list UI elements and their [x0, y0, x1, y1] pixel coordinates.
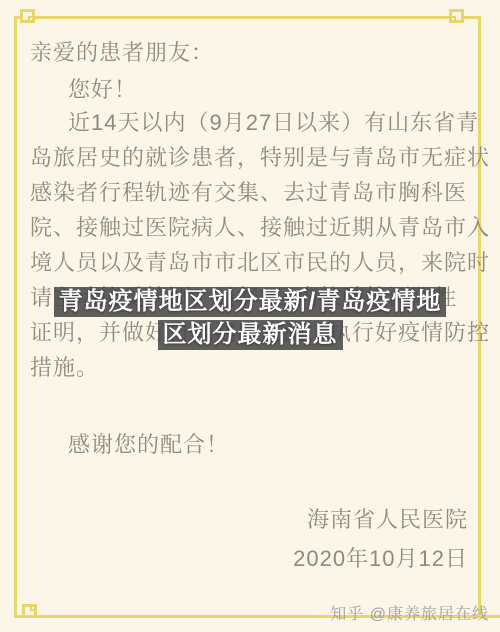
body-line: 感染者行程轨迹有交集、去过青岛市胸科医 [30, 175, 490, 210]
notice-page: 亲爱的患者朋友： 您好！ 近14天以内（9月27日以来）有山东省青 岛旅居史的就… [0, 0, 500, 632]
thanks-line: 感谢您的配合！ [30, 428, 229, 459]
title-banner-line-2: 区划分最新消息 [0, 320, 500, 353]
body-line: 措施。 [30, 350, 490, 385]
signature-hospital-name: 海南省人民医院 [307, 503, 468, 534]
corner-knot-inner [30, 605, 36, 611]
greeting-line: 您好！ [30, 73, 137, 104]
salutation-line: 亲爱的患者朋友： [30, 36, 214, 67]
corner-knot-inner [450, 16, 456, 22]
body-line: 近14天以内（9月27日以来）有山东省青 [30, 105, 490, 140]
zhihu-watermark: 知乎 @康养旅居在线 [330, 601, 489, 624]
body-line: 境人员以及青岛市市北区市民的人员，来院时 [30, 245, 490, 280]
title-banner-line-1: 青岛疫情地区划分最新/青岛疫情地 [0, 287, 500, 320]
signature-date: 2020年10月12日 [293, 542, 468, 573]
title-banner-text: 区划分最新消息 [158, 320, 343, 350]
title-banner: 青岛疫情地区划分最新/青岛疫情地 区划分最新消息 [0, 287, 500, 353]
corner-knot-inner [28, 16, 34, 22]
body-line: 岛旅居史的就诊患者，特别是与青岛市无症状 [30, 140, 490, 175]
corner-knot-bottom-left-icon [22, 604, 37, 618]
body-line: 院、接触过医院病人、接触过近期从青岛市入 [30, 210, 490, 245]
title-banner-text: 青岛疫情地区划分最新/青岛疫情地 [54, 287, 447, 317]
corner-knot-top-left-icon [20, 9, 35, 23]
corner-knot-top-right-icon [449, 9, 464, 23]
